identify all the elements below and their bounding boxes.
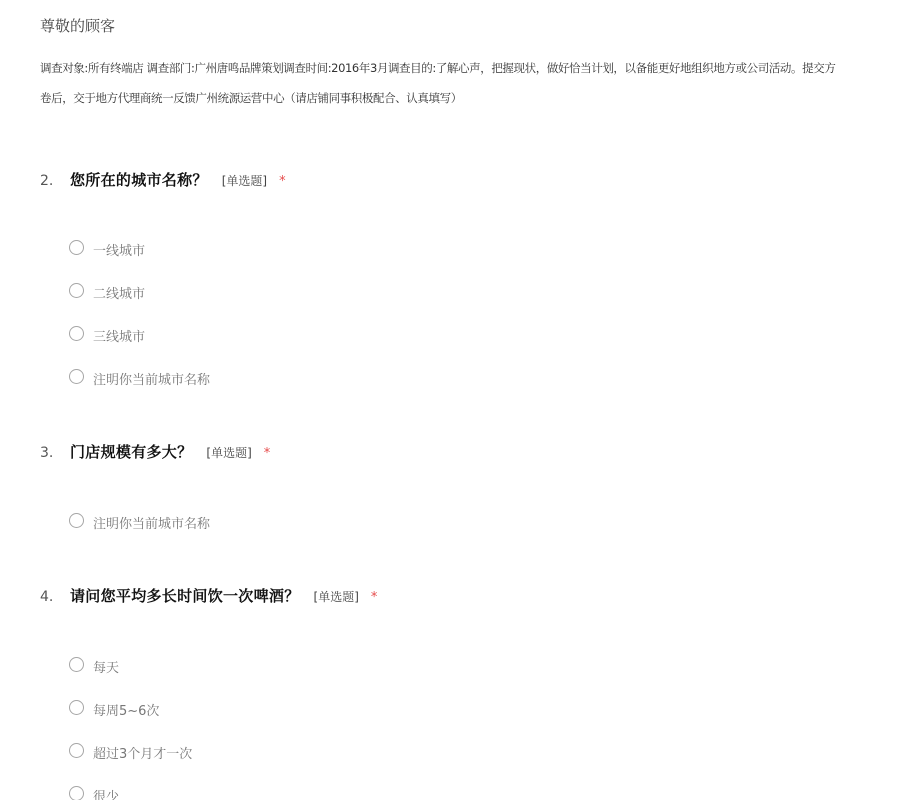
option-label: 每周5~6次 <box>93 704 159 719</box>
required-marker: * <box>264 446 271 461</box>
question-number: 2. <box>40 169 70 193</box>
question-3-header: 3.门店规模有多大？[单选题]* <box>40 440 270 464</box>
survey-intro: 调查对象:所有终端店 调查部门:广州唐鸣品牌策划调查时间:2016年3月调查目的… <box>40 53 900 113</box>
option-specify-city[interactable]: 注明你当前城市名称 <box>69 369 210 389</box>
radio-button-icon[interactable] <box>69 240 84 255</box>
option-label: 每天 <box>93 661 119 676</box>
option-label: 超过3个月才一次 <box>93 747 192 762</box>
question-type-label: [单选题] <box>222 174 267 188</box>
option-tier3-city[interactable]: 三线城市 <box>69 326 145 346</box>
question-title: 门店规模有多大？ <box>70 443 192 461</box>
required-marker: * <box>279 174 286 189</box>
option-label: 注明你当前城市名称 <box>93 517 210 532</box>
radio-button-icon[interactable] <box>69 700 84 715</box>
option-5-6-weekly[interactable]: 每周5~6次 <box>69 700 159 720</box>
option-label: 一线城市 <box>93 244 145 259</box>
option-rarely[interactable]: 很少 <box>69 786 119 800</box>
radio-button-icon[interactable] <box>69 513 84 528</box>
question-type-label: [单选题] <box>206 446 251 460</box>
option-label: 很少 <box>93 790 119 800</box>
question-type-label: [单选题] <box>314 590 359 604</box>
radio-button-icon[interactable] <box>69 369 84 384</box>
option-label: 二线城市 <box>93 287 145 302</box>
required-marker: * <box>371 590 378 605</box>
option-specify-city[interactable]: 注明你当前城市名称 <box>69 513 210 533</box>
radio-button-icon[interactable] <box>69 786 84 800</box>
intro-line-2: 卷后，交于地方代理商统一反馈广州统源运营中心（请店铺同事积极配合、认真填写） <box>40 83 900 113</box>
option-label: 注明你当前城市名称 <box>93 373 210 388</box>
question-2-header: 2.您所在的城市名称？[单选题]* <box>40 168 286 192</box>
radio-button-icon[interactable] <box>69 283 84 298</box>
question-title: 请问您平均多长时间饮一次啤酒？ <box>70 587 300 605</box>
option-over-3-months[interactable]: 超过3个月才一次 <box>69 743 192 763</box>
radio-button-icon[interactable] <box>69 657 84 672</box>
option-tier2-city[interactable]: 二线城市 <box>69 283 145 303</box>
question-number: 4. <box>40 585 70 609</box>
question-4-header: 4.请问您平均多长时间饮一次啤酒？[单选题]* <box>40 584 377 608</box>
radio-button-icon[interactable] <box>69 326 84 341</box>
radio-button-icon[interactable] <box>69 743 84 758</box>
option-daily[interactable]: 每天 <box>69 657 119 677</box>
option-tier1-city[interactable]: 一线城市 <box>69 240 145 260</box>
question-title: 您所在的城市名称？ <box>70 171 208 189</box>
question-number: 3. <box>40 441 70 465</box>
intro-line-1: 调查对象:所有终端店 调查部门:广州唐鸣品牌策划调查时间:2016年3月调查目的… <box>40 53 900 83</box>
option-label: 三线城市 <box>93 330 145 345</box>
greeting-title: 尊敬的顾客 <box>40 15 115 37</box>
